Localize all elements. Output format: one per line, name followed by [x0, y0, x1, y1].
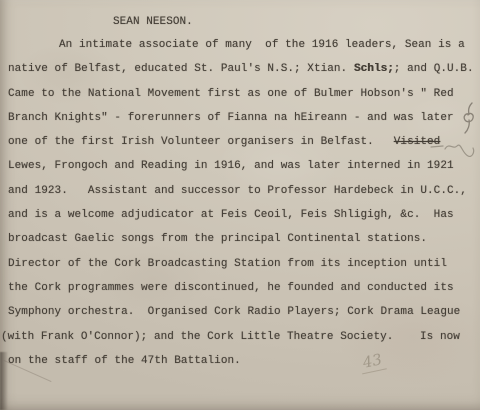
- typed-text: one of the first Irish Volunteer organis…: [8, 136, 394, 148]
- typed-text: native of Belfast, educated St. Paul's N…: [8, 63, 354, 75]
- struck-through-text: Visited: [394, 136, 441, 148]
- typed-line: Director of the Cork Broadcasting Statio…: [8, 257, 447, 272]
- typed-line: Symphony orchestra. Organised Cork Radio…: [8, 305, 460, 320]
- typed-line: the Cork programmes were discontinued, h…: [8, 281, 454, 296]
- typed-line: native of Belfast, educated St. Paul's N…: [8, 62, 474, 77]
- typed-line: Branch Knights" - forerunners of Fianna …: [8, 111, 454, 126]
- typed-line: An intimate associate of many of the 191…: [59, 38, 465, 53]
- overtyped-text: Schls;: [354, 63, 394, 75]
- scanned-document-page: SEAN NEESON. An intimate associate of ma…: [0, 0, 480, 410]
- typed-line: (with Frank O'Connor); and the Cork Litt…: [1, 330, 460, 345]
- typed-line: one of the first Irish Volunteer organis…: [8, 135, 440, 150]
- typed-line: broadcast Gaelic songs from the principa…: [8, 232, 427, 247]
- typed-line: and is a welcome adjudicator at Feis Ceo…: [8, 208, 454, 223]
- typed-line: Lewes, Frongoch and Reading in 1916, and…: [8, 159, 454, 174]
- typed-line: Came to the National Movement first as o…: [8, 87, 454, 102]
- typed-line: and 1923. Assistant and successor to Pro…: [8, 184, 467, 199]
- typed-line: on the staff of the 47th Battalion.: [8, 354, 241, 369]
- document-title: SEAN NEESON.: [113, 15, 193, 30]
- typed-text: ; and Q.U.B.: [394, 63, 474, 75]
